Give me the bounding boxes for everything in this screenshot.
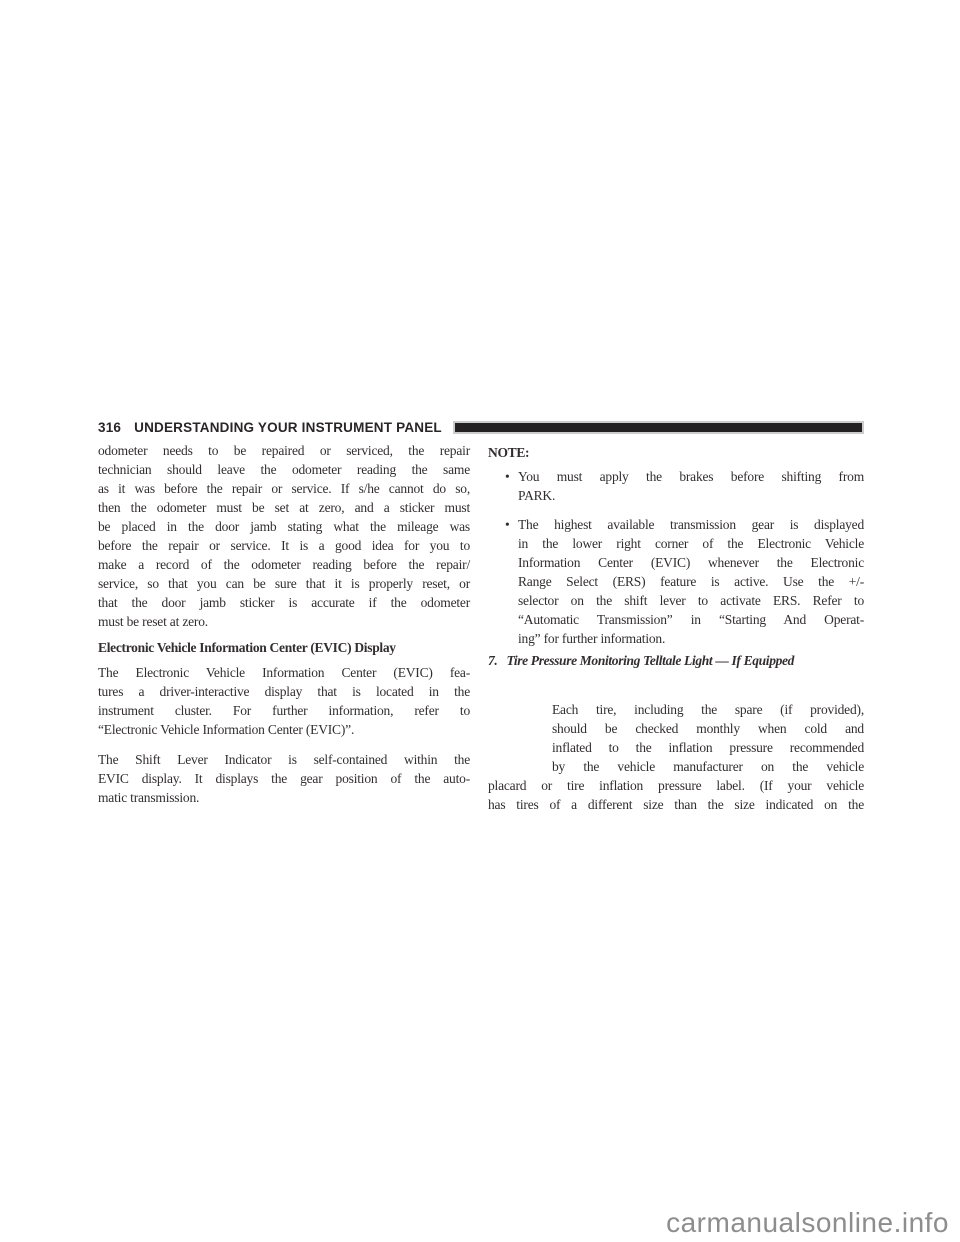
text-line: make a record of the odometer reading be…	[98, 555, 470, 574]
tpms-full-lines: placard or tire inflation pressure label…	[488, 776, 864, 814]
manual-page: 316 UNDERSTANDING YOUR INSTRUMENT PANEL …	[0, 0, 960, 1242]
text-line: PARK.	[518, 486, 864, 505]
text-line: as it was before the repair or service. …	[98, 479, 470, 498]
page-header: 316 UNDERSTANDING YOUR INSTRUMENT PANEL	[98, 419, 864, 435]
paragraph-tpms: Each tire, including the spare (if provi…	[488, 700, 864, 814]
text-line: by the vehicle manufacturer on the vehic…	[552, 757, 864, 776]
page-number: 316	[98, 420, 121, 435]
text-line: Each tire, including the spare (if provi…	[552, 700, 864, 719]
text-line: Information Center (EVIC) whenever the E…	[518, 553, 864, 572]
bullet-icon: •	[505, 515, 518, 648]
text-line: then the odometer must be set at zero, a…	[98, 498, 470, 517]
left-column: odometer needs to be repaired or service…	[98, 441, 470, 807]
text-line: must be reset at zero.	[98, 612, 470, 631]
watermark-text: carmanualsonline.info	[666, 1207, 949, 1239]
text-line: instrument cluster. For further informat…	[98, 701, 470, 720]
text-line: be placed in the door jamb stating what …	[98, 517, 470, 536]
paragraph-evic-features: The Electronic Vehicle Information Cente…	[98, 663, 470, 739]
note-bullet-ers: • The highest available transmission gea…	[488, 515, 864, 648]
text-line: selector on the shift lever to activate …	[518, 591, 864, 610]
page-title: UNDERSTANDING YOUR INSTRUMENT PANEL	[134, 420, 442, 435]
item-title: Tire Pressure Monitoring Telltale Light …	[506, 653, 794, 668]
text-line: “Electronic Vehicle Information Center (…	[98, 720, 470, 739]
text-line: should be checked monthly when cold and	[552, 719, 864, 738]
text-line: matic transmission.	[98, 788, 470, 807]
note-bullet-brakes: • You must apply the brakes before shift…	[488, 467, 864, 505]
text-line: The highest available transmission gear …	[518, 515, 864, 534]
text-line: EVIC display. It displays the gear posit…	[98, 769, 470, 788]
text-line: Range Select (ERS) feature is active. Us…	[518, 572, 864, 591]
evic-display-heading: Electronic Vehicle Information Center (E…	[98, 638, 470, 657]
text-line: The Shift Lever Indicator is self-contai…	[98, 750, 470, 769]
text-line: in the lower right corner of the Electro…	[518, 534, 864, 553]
item-number: 7.	[488, 653, 497, 668]
note-label: NOTE:	[488, 443, 864, 462]
text-line: You must apply the brakes before shiftin…	[518, 467, 864, 486]
text-line: placard or tire inflation pressure label…	[488, 776, 864, 795]
tpms-indented-lines: Each tire, including the spare (if provi…	[488, 700, 864, 776]
text-line: inflated to the inflation pressure recom…	[552, 738, 864, 757]
text-line: odometer needs to be repaired or service…	[98, 441, 470, 460]
bullet-icon: •	[505, 467, 518, 505]
text-line: has tires of a different size than the s…	[488, 795, 864, 814]
text-line: ing” for further information.	[518, 629, 864, 648]
text-line: The Electronic Vehicle Information Cente…	[98, 663, 470, 682]
header-rule-bar	[453, 421, 864, 434]
item-7-tpms-heading: 7.Tire Pressure Monitoring Telltale Ligh…	[488, 651, 864, 670]
paragraph-shift-lever-indicator: The Shift Lever Indicator is self-contai…	[98, 750, 470, 807]
text-line: before the repair or service. It is a go…	[98, 536, 470, 555]
text-line: service, so that you can be sure that it…	[98, 574, 470, 593]
text-line: “Automatic Transmission” in “Starting An…	[518, 610, 864, 629]
bullet-text: You must apply the brakes before shiftin…	[518, 467, 864, 505]
text-line: tures a driver-interactive display that …	[98, 682, 470, 701]
paragraph-odometer-service: odometer needs to be repaired or service…	[98, 441, 470, 631]
bullet-text: The highest available transmission gear …	[518, 515, 864, 648]
right-column: NOTE: • You must apply the brakes before…	[488, 441, 864, 814]
text-line: technician should leave the odometer rea…	[98, 460, 470, 479]
text-line: that the door jamb sticker is accurate i…	[98, 593, 470, 612]
